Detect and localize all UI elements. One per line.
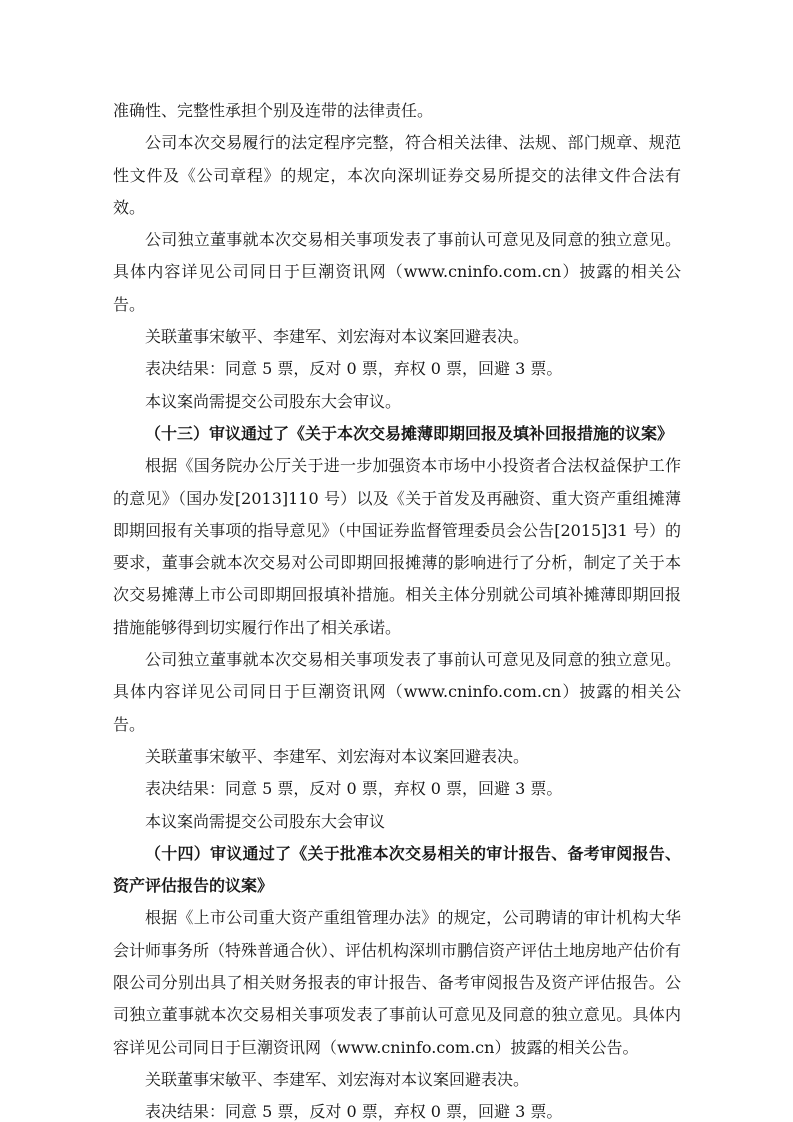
document-page: 准确性、完整性承担个别及连带的法律责任。公司本次交易履行的法定程序完整，符合相关…	[0, 0, 793, 1122]
paragraph: 表决结果：同意 5 票，反对 0 票，弃权 0 票，回避 3 票。	[113, 773, 681, 805]
paragraph: 本议案尚需提交公司股东大会审议。	[113, 386, 681, 418]
paragraph: 根据《上市公司重大资产重组管理办法》的规定，公司聘请的审计机构大华会计师事务所（…	[113, 902, 681, 1063]
paragraph: 公司本次交易履行的法定程序完整，符合相关法律、法规、部门规章、规范性文件及《公司…	[113, 127, 681, 224]
paragraph: 关联董事宋敏平、李建军、刘宏海对本议案回避表决。	[113, 321, 681, 353]
paragraph: 关联董事宋敏平、李建军、刘宏海对本议案回避表决。	[113, 1064, 681, 1096]
paragraph: 公司独立董事就本次交易相关事项发表了事前认可意见及同意的独立意见。具体内容详见公…	[113, 224, 681, 321]
paragraph: 根据《国务院办公厅关于进一步加强资本市场中小投资者合法权益保护工作的意见》（国办…	[113, 450, 681, 644]
paragraph: 准确性、完整性承担个别及连带的法律责任。	[113, 95, 681, 127]
paragraph: 关联董事宋敏平、李建军、刘宏海对本议案回避表决。	[113, 741, 681, 773]
section-heading: （十三）审议通过了《关于本次交易摊薄即期回报及填补回报措施的议案》	[113, 418, 681, 450]
paragraph: 本议案尚需提交公司股东大会审议	[113, 806, 681, 838]
paragraph: 表决结果：同意 5 票，反对 0 票，弃权 0 票，回避 3 票。	[113, 1096, 681, 1122]
paragraph: 表决结果：同意 5 票，反对 0 票，弃权 0 票，回避 3 票。	[113, 353, 681, 385]
document-body: 准确性、完整性承担个别及连带的法律责任。公司本次交易履行的法定程序完整，符合相关…	[113, 95, 681, 1122]
paragraph: 公司独立董事就本次交易相关事项发表了事前认可意见及同意的独立意见。具体内容详见公…	[113, 644, 681, 741]
section-heading: （十四）审议通过了《关于批准本次交易相关的审计报告、备考审阅报告、资产评估报告的…	[113, 838, 681, 903]
